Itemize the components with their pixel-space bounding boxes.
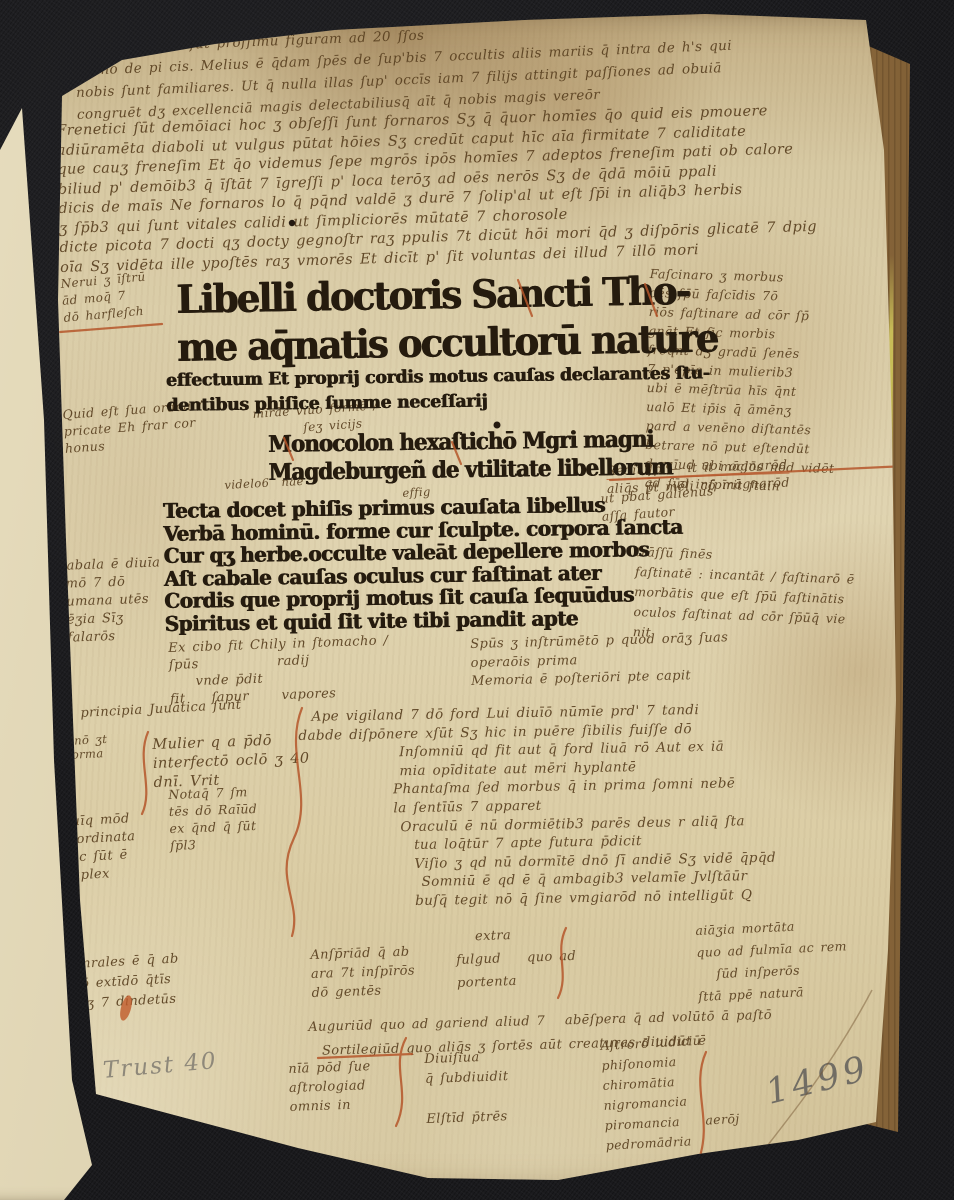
- rubric-brace: [142, 732, 148, 814]
- marginalia-spiritus-note: Spūs ʒ inſtrūmētō p quod orāʒ ſuasoperaō…: [470, 629, 730, 691]
- book-page: Groſſius ualius ſūt proſſimū figuram ad …: [0, 0, 954, 1200]
- text-line: ex q̄nd q̄ ſūt: [169, 817, 258, 837]
- text-line: fulgud quo ad: [456, 945, 577, 972]
- marginalia-bottom-left-note: nīā pōd ſueaſtrologiadomnis in: [288, 1057, 372, 1117]
- printed-subtitle: effectuum Et proprij cordis motus cauſas…: [166, 361, 710, 419]
- marginalia-notaq-note: Notaq̄ 7 ſmtēs dō Raīūdex q̄nd q̄ ſūtſp̄…: [168, 783, 259, 854]
- text-line: humana utēs: [57, 590, 162, 612]
- marginalia-bottom-middle-note: Diuiſiuaq̄ ſubdiuidit Elſtīd p̄trēs: [424, 1047, 510, 1130]
- text-line: omnis in: [289, 1095, 372, 1117]
- pencil-year-note: 1499: [762, 1049, 874, 1113]
- text-line: q̄ ſubdiuidit: [425, 1067, 509, 1090]
- text-line: hadīʒ 7 dindetūs: [56, 989, 181, 1015]
- printed-heading: Monocolon hexaſtichō Mgri magniMagdeburg…: [268, 425, 673, 487]
- marginalia-fulgur-note: extrafulgud quo adportenta: [455, 922, 577, 995]
- text-line: dō gentēs: [311, 980, 416, 1003]
- marginalia-nerui-note: Nerui ʒ īſtrūād moq̄ 7dō harfleſch: [60, 269, 149, 327]
- printed-title: Libelli doctoris Sancti Tho-me aq̄natis …: [176, 267, 718, 372]
- pencil-shelfmark-note: Trust 40: [102, 1048, 219, 1084]
- marginalia-excibo-note: Ex cibo fit Chily in ſtomacho /ſpūs radi…: [168, 632, 390, 708]
- text-line: duplex: [63, 864, 138, 886]
- text-line: forma: [67, 746, 109, 762]
- marginalia-divination-right-note: aiāʒia mortātaquo ad fulmīa ac rem ſūd i…: [695, 913, 849, 1007]
- text-line: aſtrologiad: [289, 1076, 372, 1098]
- marginalia-intro-paragraph: Frenetici ſūt demōiaci hoc ʒ obſeſſi ſun…: [56, 101, 818, 278]
- marginalia-anspriad-note: Anſp̄riād q̄ abara 7t inſpīrōsdō gentēs: [310, 942, 416, 1003]
- text-line: dfalarōs: [59, 626, 164, 648]
- text-line: portenta: [457, 968, 578, 995]
- text-line: Cabala ē diuīa: [56, 554, 161, 576]
- marginalia-ansmrales-note: Anſmrales ē q̄ abpedō extīdō q̄tīshadīʒ …: [54, 949, 181, 1015]
- marginalia-principia-note: principia Juuātica ſunt: [80, 698, 242, 721]
- marginalia-bottom-right-note: Aſtrorō iudiciūphiſonomiachiromātianigro…: [600, 1029, 741, 1156]
- printed-poem: Tecta docet phiſis primus cauſata libell…: [163, 493, 684, 635]
- marginalia-dreams-block: Ape vigiland 7 dō ford Lui diuīō nūmīe p…: [298, 700, 777, 913]
- text-line: ara 7t inſpīrōs: [311, 961, 416, 984]
- photo-scene: Groſſius ualius ſūt proſſimū figuram ad …: [0, 0, 954, 1200]
- marginalia-cabala-note: Cabala ē diuīapmō 7 dōhumana utēsuēʒia S…: [56, 554, 163, 648]
- text-line: principia Juuātica ſunt: [80, 698, 242, 721]
- marginalia-forma-note: pnō ʒtforma: [66, 732, 108, 762]
- text-line: ſp̄l3: [170, 834, 259, 854]
- text-line: Magdeburgeñ de vtilitate libellorum: [268, 453, 672, 487]
- text-line: Elſtīd p̄trēs: [426, 1107, 510, 1130]
- marginalia-quinque-note: Quīq mōdq ordinatahāc ſūt ēduplex: [60, 810, 138, 886]
